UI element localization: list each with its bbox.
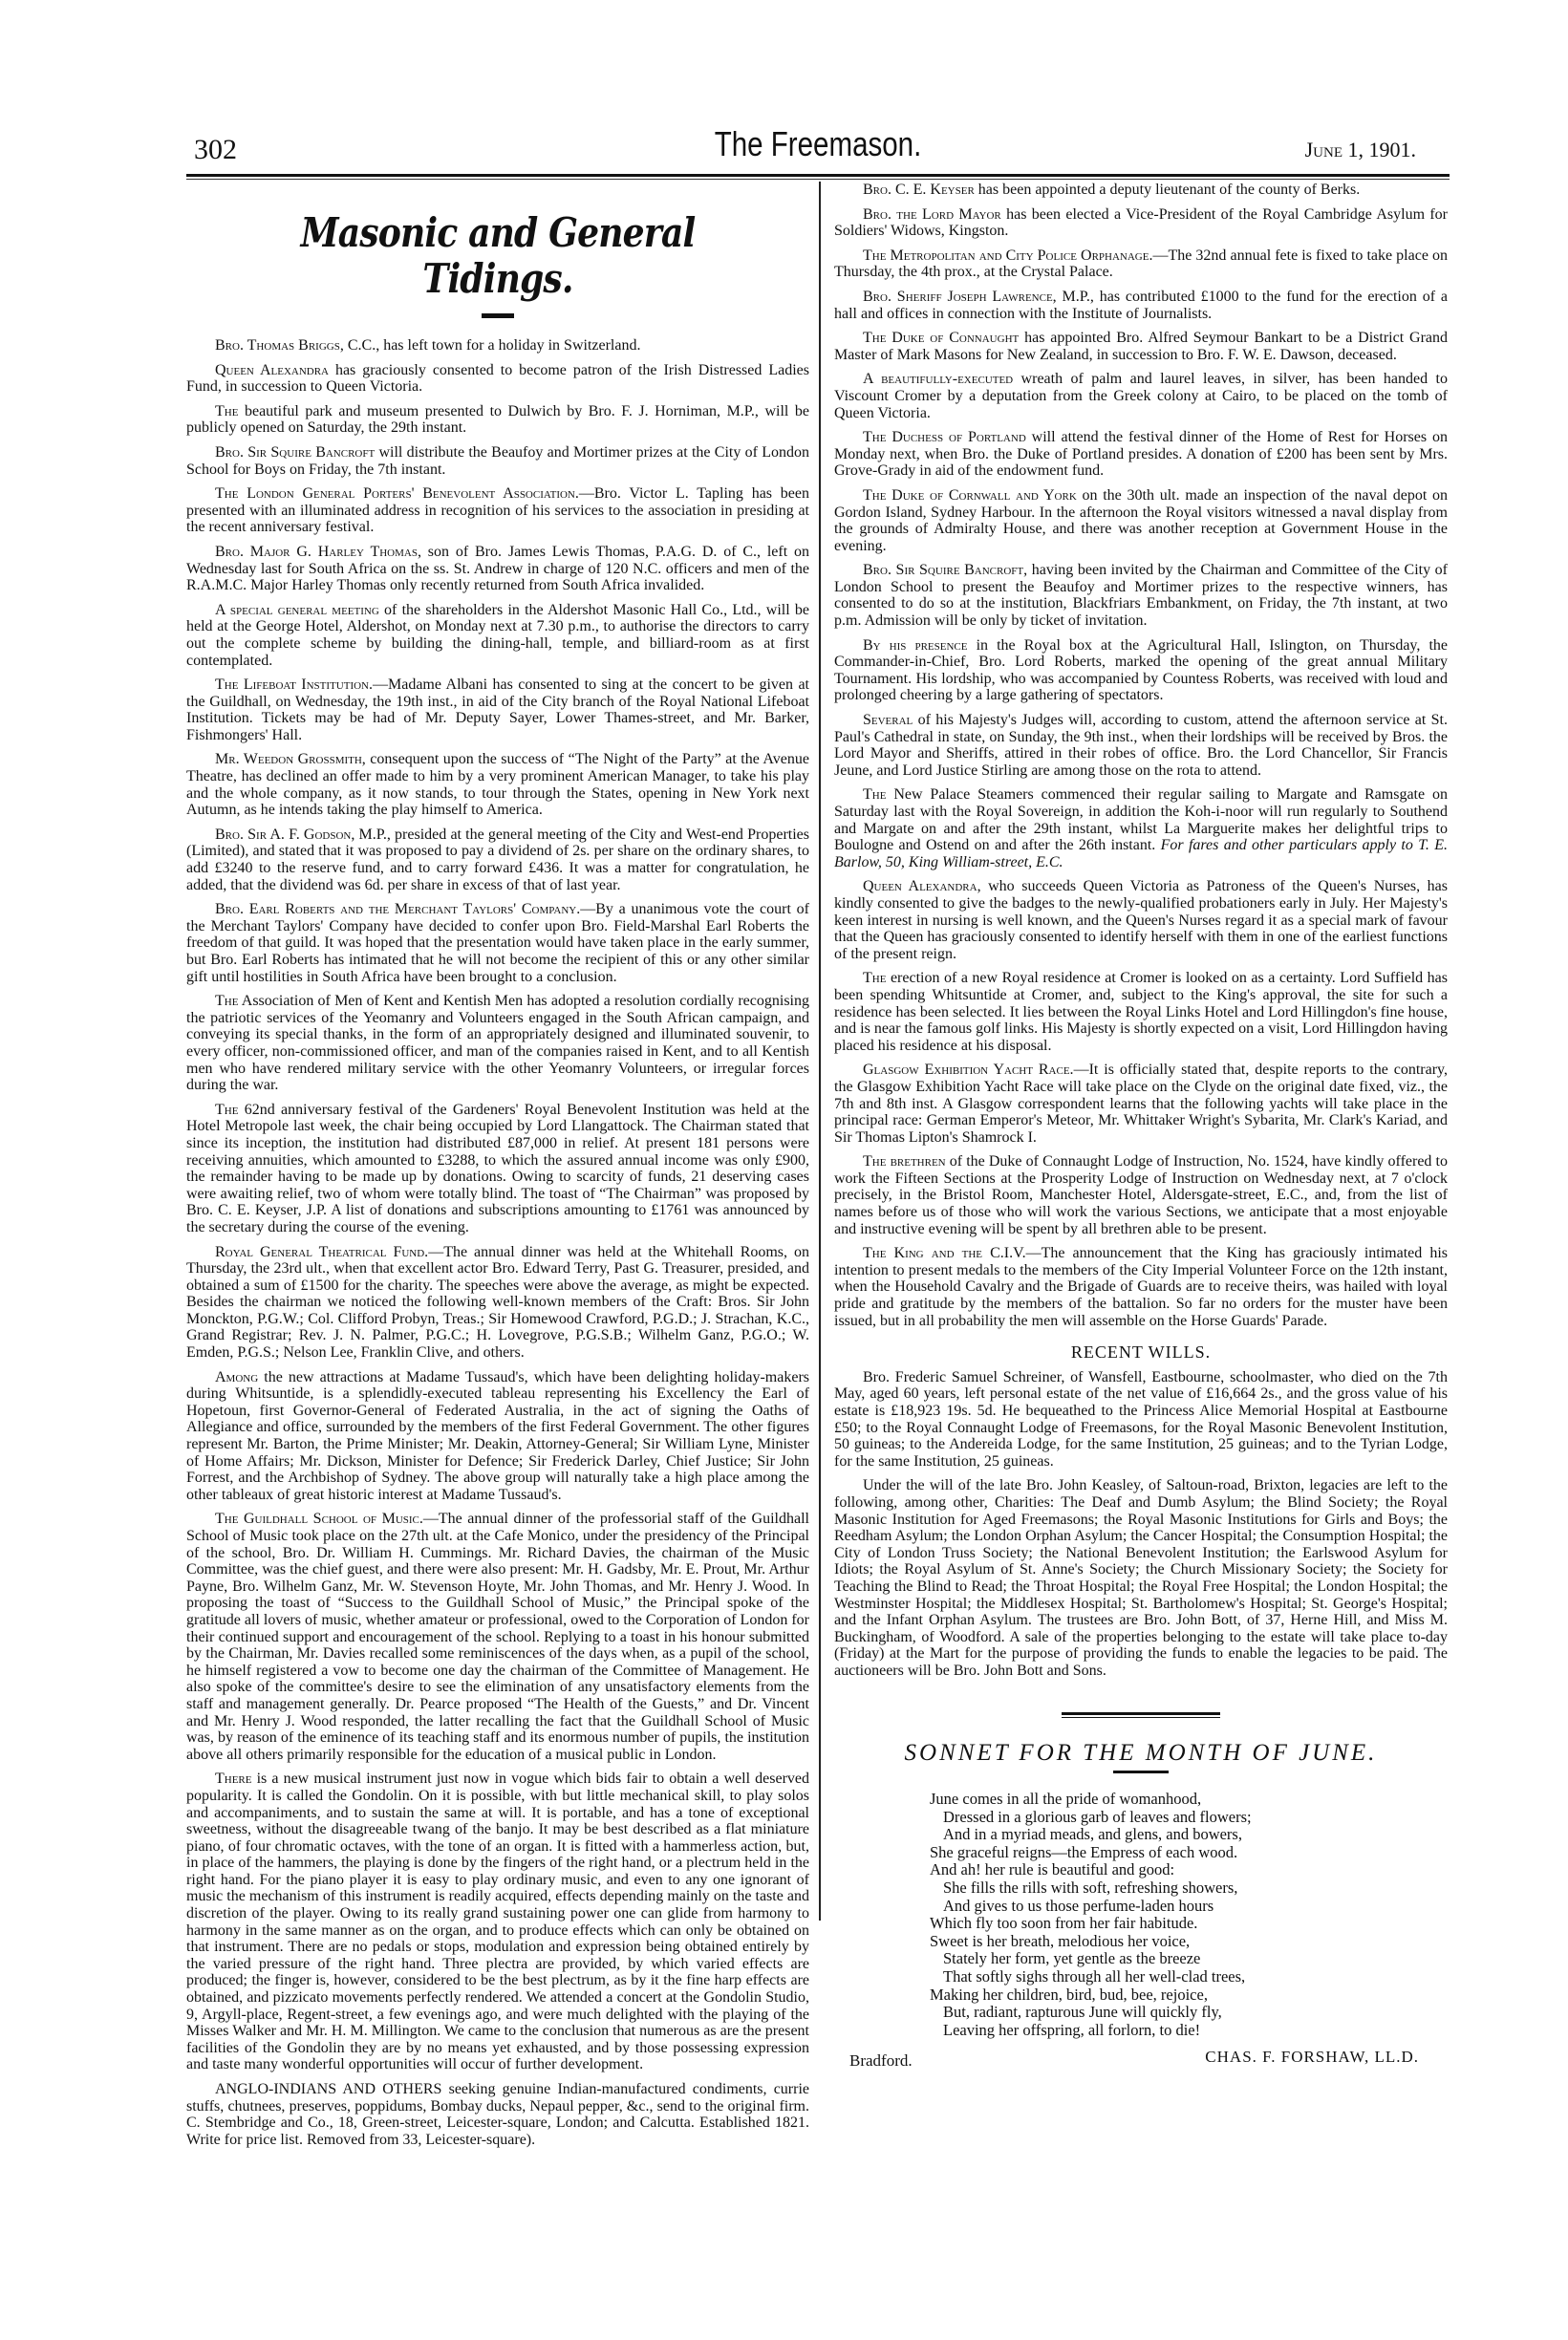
article-lead: The brethren bbox=[863, 1153, 946, 1170]
article-paragraph: ANGLO-INDIANS AND OTHERS seeking genuine… bbox=[186, 2081, 809, 2148]
poem-line: Stately her form, yet gentle as the bree… bbox=[930, 1950, 1448, 1968]
article-lead: The Guildhall School of Music. bbox=[215, 1511, 423, 1527]
article-paragraph: The Duchess of Portland will attend the … bbox=[834, 429, 1448, 480]
article-body: of his Majesty's Judges will, according … bbox=[834, 712, 1448, 779]
sonnet-place: Bradford. bbox=[849, 2052, 913, 2070]
article-body: beautiful park and museum presented to D… bbox=[186, 403, 809, 437]
article-lead: Bro. the Lord Mayor bbox=[863, 206, 1001, 223]
poem-line: That softly sighs through all her well-c… bbox=[930, 1968, 1448, 1986]
article-paragraph: The Lifeboat Institution.—Madame Albani … bbox=[186, 676, 809, 743]
will-paragraph: Under the will of the late Bro. John Kea… bbox=[834, 1477, 1448, 1679]
sonnet-rule bbox=[1113, 1771, 1169, 1773]
article-paragraph: A beautifully-executed wreath of palm an… bbox=[834, 371, 1448, 421]
article-paragraph: The King and the C.I.V.—The announcement… bbox=[834, 1245, 1448, 1329]
article-body: Association of Men of Kent and Kentish M… bbox=[186, 993, 809, 1093]
article-body: —The annual dinner was held at the White… bbox=[186, 1244, 809, 1362]
article-lead: There bbox=[215, 1771, 252, 1787]
article-paragraph: There is a new musical instrument just n… bbox=[186, 1771, 809, 2073]
article-body: the new attractions at Madame Tussaud's,… bbox=[186, 1369, 809, 1503]
article-paragraph: The Guildhall School of Music.—The annua… bbox=[186, 1511, 809, 1763]
article-lead: Among bbox=[215, 1369, 258, 1385]
article-lead: The Metropolitan and City Police Orphana… bbox=[863, 247, 1152, 264]
sonnet-author: CHAS. F. FORSHAW, LL.D. bbox=[1205, 2049, 1419, 2066]
article-lead: Bro. Sir A. F. Godson, M.P., bbox=[215, 827, 391, 843]
article-lead: Bro. Major G. Harley Thomas, bbox=[215, 544, 421, 560]
paper-name: The Freemason. bbox=[300, 124, 1336, 164]
article-lead: The Lifeboat Institution. bbox=[215, 676, 373, 693]
article-lead: The bbox=[215, 993, 238, 1009]
article-paragraph: Royal General Theatrical Fund.—The annua… bbox=[186, 1244, 809, 1362]
article-lead: The bbox=[215, 403, 238, 419]
article-lead: The bbox=[863, 786, 886, 803]
right-column: Bro. C. E. Keyser has been appointed a d… bbox=[834, 182, 1448, 2073]
article-lead: Bro. Earl Roberts and the Merchant Taylo… bbox=[215, 901, 580, 917]
article-paragraph: Bro. Sheriff Joseph Lawrence, M.P., has … bbox=[834, 289, 1448, 322]
article-lead: A special general meeting bbox=[215, 602, 379, 618]
article-lead: By his presence bbox=[863, 637, 968, 654]
poem-line: And gives to us those perfume-laden hour… bbox=[930, 1898, 1448, 1916]
article-paragraph: Mr. Weedon Grossmith, consequent upon th… bbox=[186, 751, 809, 818]
column-divider bbox=[819, 182, 821, 1921]
section-separator-rule bbox=[1062, 1712, 1220, 1718]
article-paragraph: The Duke of Cornwall and York on the 30t… bbox=[834, 487, 1448, 554]
will-paragraph: Bro. Frederic Samuel Schreiner, of Wansf… bbox=[834, 1369, 1448, 1471]
article-paragraph: The Duke of Connaught has appointed Bro.… bbox=[834, 330, 1448, 363]
article-paragraph: Bro. Thomas Briggs, C.C., has left town … bbox=[186, 337, 809, 354]
section-title: Masonic and General Tidings. bbox=[230, 210, 766, 302]
right-articles: Bro. C. E. Keyser has been appointed a d… bbox=[834, 182, 1448, 1329]
article-body: —The annual dinner of the professorial s… bbox=[186, 1511, 809, 1762]
article-lead: Queen Alexandra, bbox=[863, 878, 981, 894]
article-paragraph: Several of his Majesty's Judges will, ac… bbox=[834, 712, 1448, 779]
article-lead: Bro. Thomas Briggs, C.C., bbox=[215, 337, 379, 354]
masthead-rule bbox=[186, 174, 1450, 177]
article-lead: A beautifully-executed bbox=[863, 371, 1013, 387]
article-lead: The bbox=[863, 970, 886, 986]
newspaper-page: 302 The Freemason. June 1, 1901. Masonic… bbox=[186, 124, 1450, 2217]
article-paragraph: A special general meeting of the shareho… bbox=[186, 602, 809, 669]
sonnet-poem: June comes in all the pride of womanhood… bbox=[930, 1791, 1448, 2039]
poem-line: Which fly too soon from her fair habitud… bbox=[930, 1915, 1448, 1933]
article-lead: The bbox=[215, 1102, 238, 1118]
page-number: 302 bbox=[194, 134, 237, 166]
article-paragraph: The London General Porters' Benevolent A… bbox=[186, 485, 809, 536]
title-rule bbox=[482, 313, 514, 318]
poem-line: And in a myriad meads, and glens, and bo… bbox=[930, 1826, 1448, 1844]
article-paragraph: Bro. Sir Squire Bancroft, having been in… bbox=[834, 562, 1448, 629]
poem-line: Dressed in a glorious garb of leaves and… bbox=[930, 1809, 1448, 1827]
article-body: 62nd anniversary festival of the Gardene… bbox=[186, 1102, 809, 1235]
article-paragraph: The New Palace Steamers commenced their … bbox=[834, 786, 1448, 870]
poem-line: Making her children, bird, bud, bee, rej… bbox=[930, 1986, 1448, 2005]
sonnet-signoff: Bradford. CHAS. F. FORSHAW, LL.D. bbox=[834, 2049, 1448, 2073]
article-paragraph: The brethren of the Duke of Connaught Lo… bbox=[834, 1153, 1448, 1237]
poem-line: Sweet is her breath, melodious her voice… bbox=[930, 1933, 1448, 1951]
recent-wills-articles: Bro. Frederic Samuel Schreiner, of Wansf… bbox=[834, 1369, 1448, 1680]
article-body: has left town for a holiday in Switzerla… bbox=[379, 337, 640, 354]
article-lead: The Duke of Cornwall and York bbox=[863, 487, 1077, 504]
article-paragraph: Bro. Earl Roberts and the Merchant Taylo… bbox=[186, 901, 809, 985]
article-lead: The London General Porters' Benevolent A… bbox=[215, 485, 579, 502]
article-paragraph: The Metropolitan and City Police Orphana… bbox=[834, 247, 1448, 281]
poem-line: June comes in all the pride of womanhood… bbox=[930, 1791, 1448, 1809]
article-paragraph: Bro. Major G. Harley Thomas, son of Bro.… bbox=[186, 544, 809, 594]
article-lead: Bro. C. E. Keyser bbox=[863, 182, 975, 198]
article-paragraph: Bro. the Lord Mayor has been elected a V… bbox=[834, 206, 1448, 240]
article-lead: Bro. Sheriff Joseph Lawrence, M.P., bbox=[863, 289, 1094, 305]
article-paragraph: By his presence in the Royal box at the … bbox=[834, 637, 1448, 704]
article-lead: The King and the C.I.V. bbox=[863, 1245, 1026, 1261]
article-lead: Bro. Sir Squire Bancroft bbox=[215, 444, 375, 461]
article-paragraph: Bro. Sir A. F. Godson, M.P., presided at… bbox=[186, 827, 809, 893]
article-body: erection of a new Royal residence at Cro… bbox=[834, 970, 1448, 1053]
article-body: has been appointed a deputy lieutenant o… bbox=[975, 182, 1360, 198]
recent-wills-heading: RECENT WILLS. bbox=[834, 1344, 1448, 1362]
article-lead: Queen Alexandra bbox=[215, 362, 329, 378]
article-lead: Royal General Theatrical Fund. bbox=[215, 1244, 428, 1260]
article-paragraph: The beautiful park and museum presented … bbox=[186, 403, 809, 437]
article-paragraph: Bro. Sir Squire Bancroft will distribute… bbox=[186, 444, 809, 478]
article-lead: The Duchess of Portland bbox=[863, 429, 1026, 445]
issue-date: June 1, 1901. bbox=[1305, 138, 1416, 162]
article-paragraph: Glasgow Exhibition Yacht Race.—It is off… bbox=[834, 1062, 1448, 1146]
poem-line: She fills the rills with soft, refreshin… bbox=[930, 1879, 1448, 1898]
masthead: 302 The Freemason. June 1, 1901. bbox=[186, 124, 1450, 174]
article-lead: ANGLO-INDIANS AND OTHERS bbox=[215, 2081, 441, 2097]
article-lead: Bro. Sir Squire Bancroft, bbox=[863, 562, 1027, 578]
poem-line: Leaving her offspring, all forlorn, to d… bbox=[930, 2022, 1448, 2040]
article-paragraph: Among the new attractions at Madame Tuss… bbox=[186, 1369, 809, 1504]
article-paragraph: The erection of a new Royal residence at… bbox=[834, 970, 1448, 1054]
article-lead: Glasgow Exhibition Yacht Race. bbox=[863, 1062, 1074, 1078]
poem-line: She graceful reigns—the Empress of each … bbox=[930, 1844, 1448, 1862]
left-articles: Bro. Thomas Briggs, C.C., has left town … bbox=[186, 337, 809, 2148]
article-lead: Several bbox=[863, 712, 913, 728]
article-paragraph: Bro. C. E. Keyser has been appointed a d… bbox=[834, 182, 1448, 199]
article-paragraph: The Association of Men of Kent and Kenti… bbox=[186, 993, 809, 1094]
left-column: Masonic and General Tidings. Bro. Thomas… bbox=[186, 182, 809, 2156]
article-lead: Mr. Weedon Grossmith, bbox=[215, 751, 366, 767]
poem-line: But, radiant, rapturous June will quickl… bbox=[930, 2004, 1448, 2022]
article-paragraph: Queen Alexandra has graciously consented… bbox=[186, 362, 809, 396]
article-paragraph: The 62nd anniversary festival of the Gar… bbox=[186, 1102, 809, 1236]
article-body: is a new musical instrument just now in … bbox=[186, 1771, 809, 2072]
article-lead: The Duke of Connaught bbox=[863, 330, 1019, 346]
poem-line: And ah! her rule is beautiful and good: bbox=[930, 1861, 1448, 1879]
article-paragraph: Queen Alexandra, who succeeds Queen Vict… bbox=[834, 878, 1448, 962]
sonnet-title: SONNET FOR THE MONTH OF JUNE. bbox=[834, 1745, 1448, 1762]
masthead-rule-thin bbox=[186, 179, 1450, 180]
